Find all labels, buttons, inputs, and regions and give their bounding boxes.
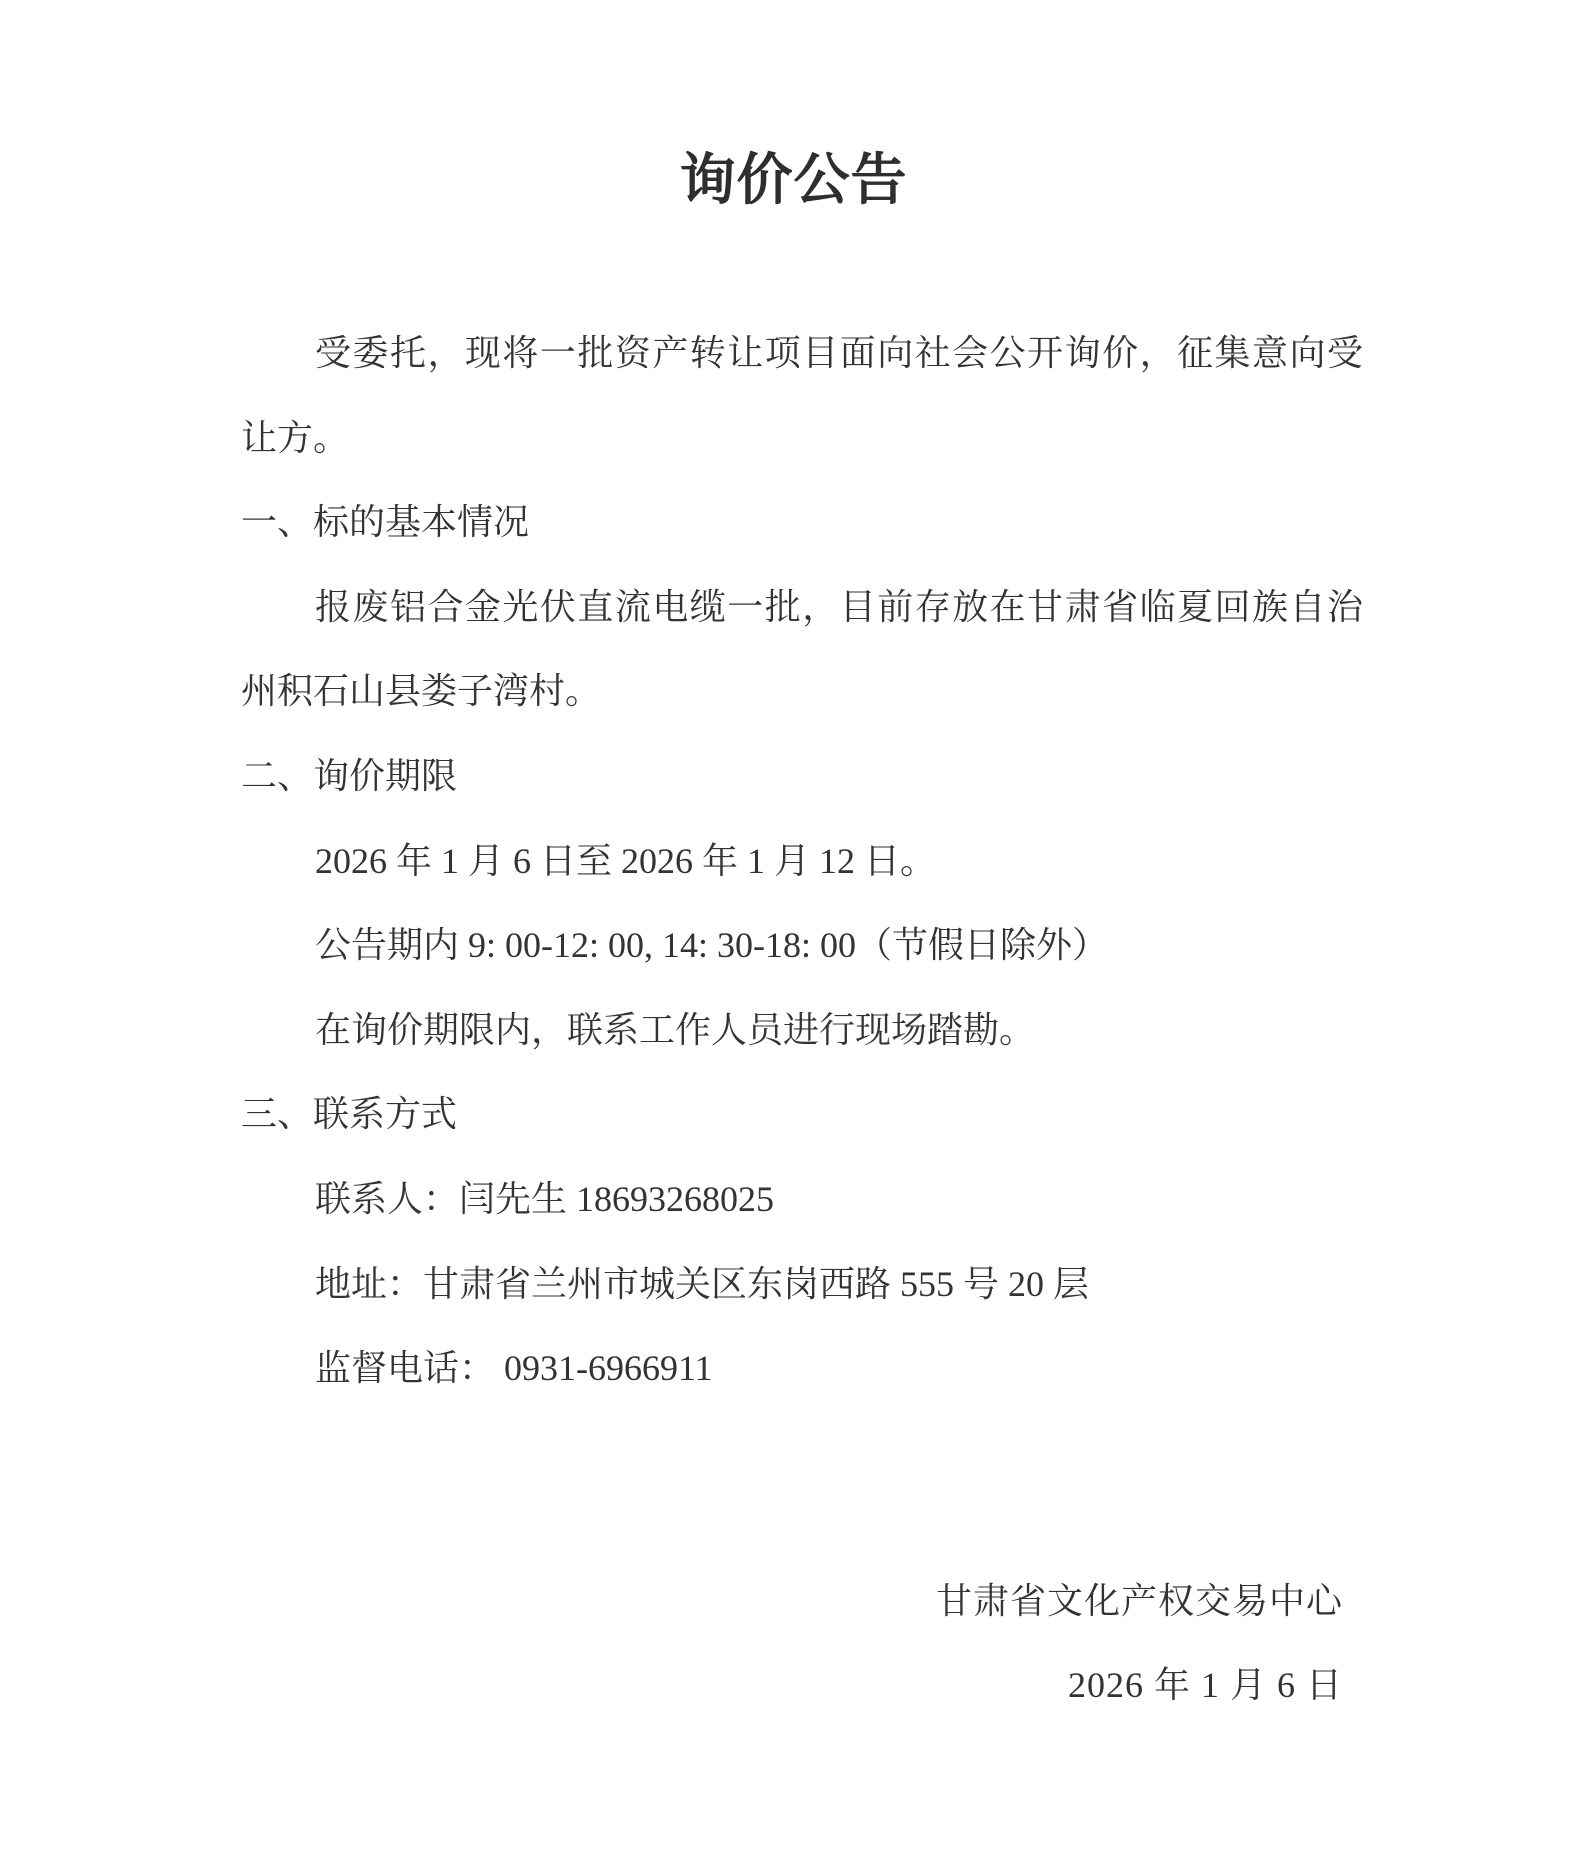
- issuer-organization: 甘肃省文化产权交易中心: [0, 1559, 1343, 1644]
- section-1-heading: 一、标的基本情况: [241, 480, 1363, 565]
- section-1-body-line-2: 州积石山县娄子湾村。: [241, 649, 1363, 734]
- document-title: 询价公告: [0, 0, 1587, 212]
- document-footer: 甘肃省文化产权交易中心 2026 年 1 月 6 日: [0, 1559, 1587, 1728]
- document-body: 受委托，现将一批资产转让项目面向社会公开询价，征集意向受 让方。 一、标的基本情…: [241, 311, 1363, 1411]
- section-3-heading: 三、联系方式: [241, 1072, 1363, 1157]
- contact-person-line: 联系人：闫先生 18693268025: [241, 1157, 1363, 1242]
- intro-line-1: 受委托，现将一批资产转让项目面向社会公开询价，征集意向受: [241, 311, 1363, 396]
- supervision-phone-line: 监督电话： 0931-6966911: [241, 1326, 1363, 1411]
- issue-date: 2026 年 1 月 6 日: [0, 1643, 1343, 1728]
- intro-line-2: 让方。: [241, 396, 1363, 481]
- section-2-announcement-hours: 公告期内 9: 00-12: 00, 14: 30-18: 00（节假日除外）: [241, 903, 1363, 988]
- announcement-document: 询价公告 受委托，现将一批资产转让项目面向社会公开询价，征集意向受 让方。 一、…: [0, 0, 1587, 1863]
- section-2-site-visit-note: 在询价期限内，联系工作人员进行现场踏勘。: [241, 988, 1363, 1073]
- section-2-inquiry-period: 2026 年 1 月 6 日至 2026 年 1 月 12 日。: [241, 819, 1363, 904]
- section-1-body-line-1: 报废铝合金光伏直流电缆一批，目前存放在甘肃省临夏回族自治: [241, 565, 1363, 650]
- section-2-heading: 二、询价期限: [241, 734, 1363, 819]
- address-line: 地址：甘肃省兰州市城关区东岗西路 555 号 20 层: [241, 1242, 1363, 1327]
